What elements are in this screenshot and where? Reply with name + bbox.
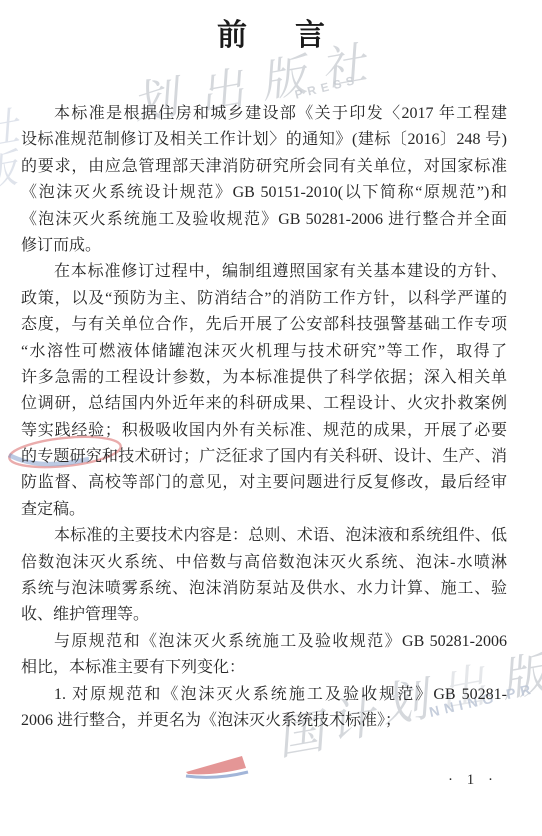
- text-line: 防监督、高校等部门的意见，对主要问题进行反复修改，最后经审: [21, 470, 507, 496]
- text-line: 许多急需的工程设计参数，为本标准提供了科学依据；深入相关单: [21, 365, 507, 391]
- text-line: 设标准规范制修订及相关工作计划〉的通知》(建标〔2016〕248 号): [21, 127, 507, 153]
- text-line: 态度，与有关单位合作，先后开展了公安部科技强警基础工作专项: [21, 312, 507, 338]
- text-line: 位调研，总结国内外近年来的科研成果、工程设计、火灾扑救案例: [21, 391, 507, 417]
- text-line: 本标准的主要技术内容是：总则、术语、泡沫液和系统组件、低: [21, 523, 507, 549]
- text-line: 收、维护管理等。: [21, 602, 507, 628]
- press-watermark-text: PRESS: [293, 72, 360, 101]
- text-line: 修订而成。: [21, 233, 507, 259]
- text-line: 倍数泡沫灭火系统、中倍数与高倍数泡沫灭火系统、泡沫-水喷淋: [21, 550, 507, 576]
- text-line: “水溶性可燃液体储罐泡沫灭火机理与技术研究”等工作，取得了: [21, 339, 507, 365]
- text-line: 本标准是根据住房和城乡建设部《关于印发〈2017 年工程建: [21, 101, 507, 127]
- text-line: 1. 对原规范和《泡沫灭火系统施工及验收规范》GB 50281-: [21, 682, 507, 708]
- publisher-logo-sail-icon: [184, 752, 254, 782]
- document-body: 本标准是根据住房和城乡建设部《关于印发〈2017 年工程建设标准规范制修订及相关…: [21, 101, 507, 734]
- text-line: 与原规范和《泡沫灭火系统施工及验收规范》GB 50281-2006: [21, 629, 507, 655]
- text-line: 政策，以及“预防为主、防消结合”的消防工作方针，以科学严谨的: [21, 286, 507, 312]
- page-title: 前 言: [0, 10, 542, 54]
- text-line: 《泡沫灭火系统设计规范》GB 50151-2010(以下简称“原规范”)和: [21, 180, 507, 206]
- publisher-watermark-char: 版: [0, 137, 21, 200]
- document-page: 社 版 划 出 版 社 PRESS 国 计 划 出 版 NNING PR 前 言…: [0, 0, 542, 836]
- text-line: 2006 进行整合，并更名为《泡沫灭火系统技术标准》；: [21, 708, 507, 734]
- text-line: 在本标准修订过程中，编制组遵照国家有关基本建设的方针、: [21, 259, 507, 285]
- text-line: 的要求，由应急管理部天津消防研究所会同有关单位，对国家标准: [21, 154, 507, 180]
- page-number: · 1 ·: [448, 772, 498, 789]
- publisher-watermark-char: 社: [0, 95, 23, 158]
- text-line: 查定稿。: [21, 497, 507, 523]
- text-line: 《泡沫灭火系统施工及验收规范》GB 50281-2006 进行整合并全面: [21, 207, 507, 233]
- text-line: 系统与泡沫喷雾系统、泡沫消防泵站及供水、水力计算、施工、验: [21, 576, 507, 602]
- text-line: 相比，本标准主要有下列变化：: [21, 655, 507, 681]
- text-line: 的专题研究和技术研讨；广泛征求了国内有关科研、设计、生产、消: [21, 444, 507, 470]
- text-line: 等实践经验；积极吸收国内外有关标准、规范的成果，开展了必要: [21, 418, 507, 444]
